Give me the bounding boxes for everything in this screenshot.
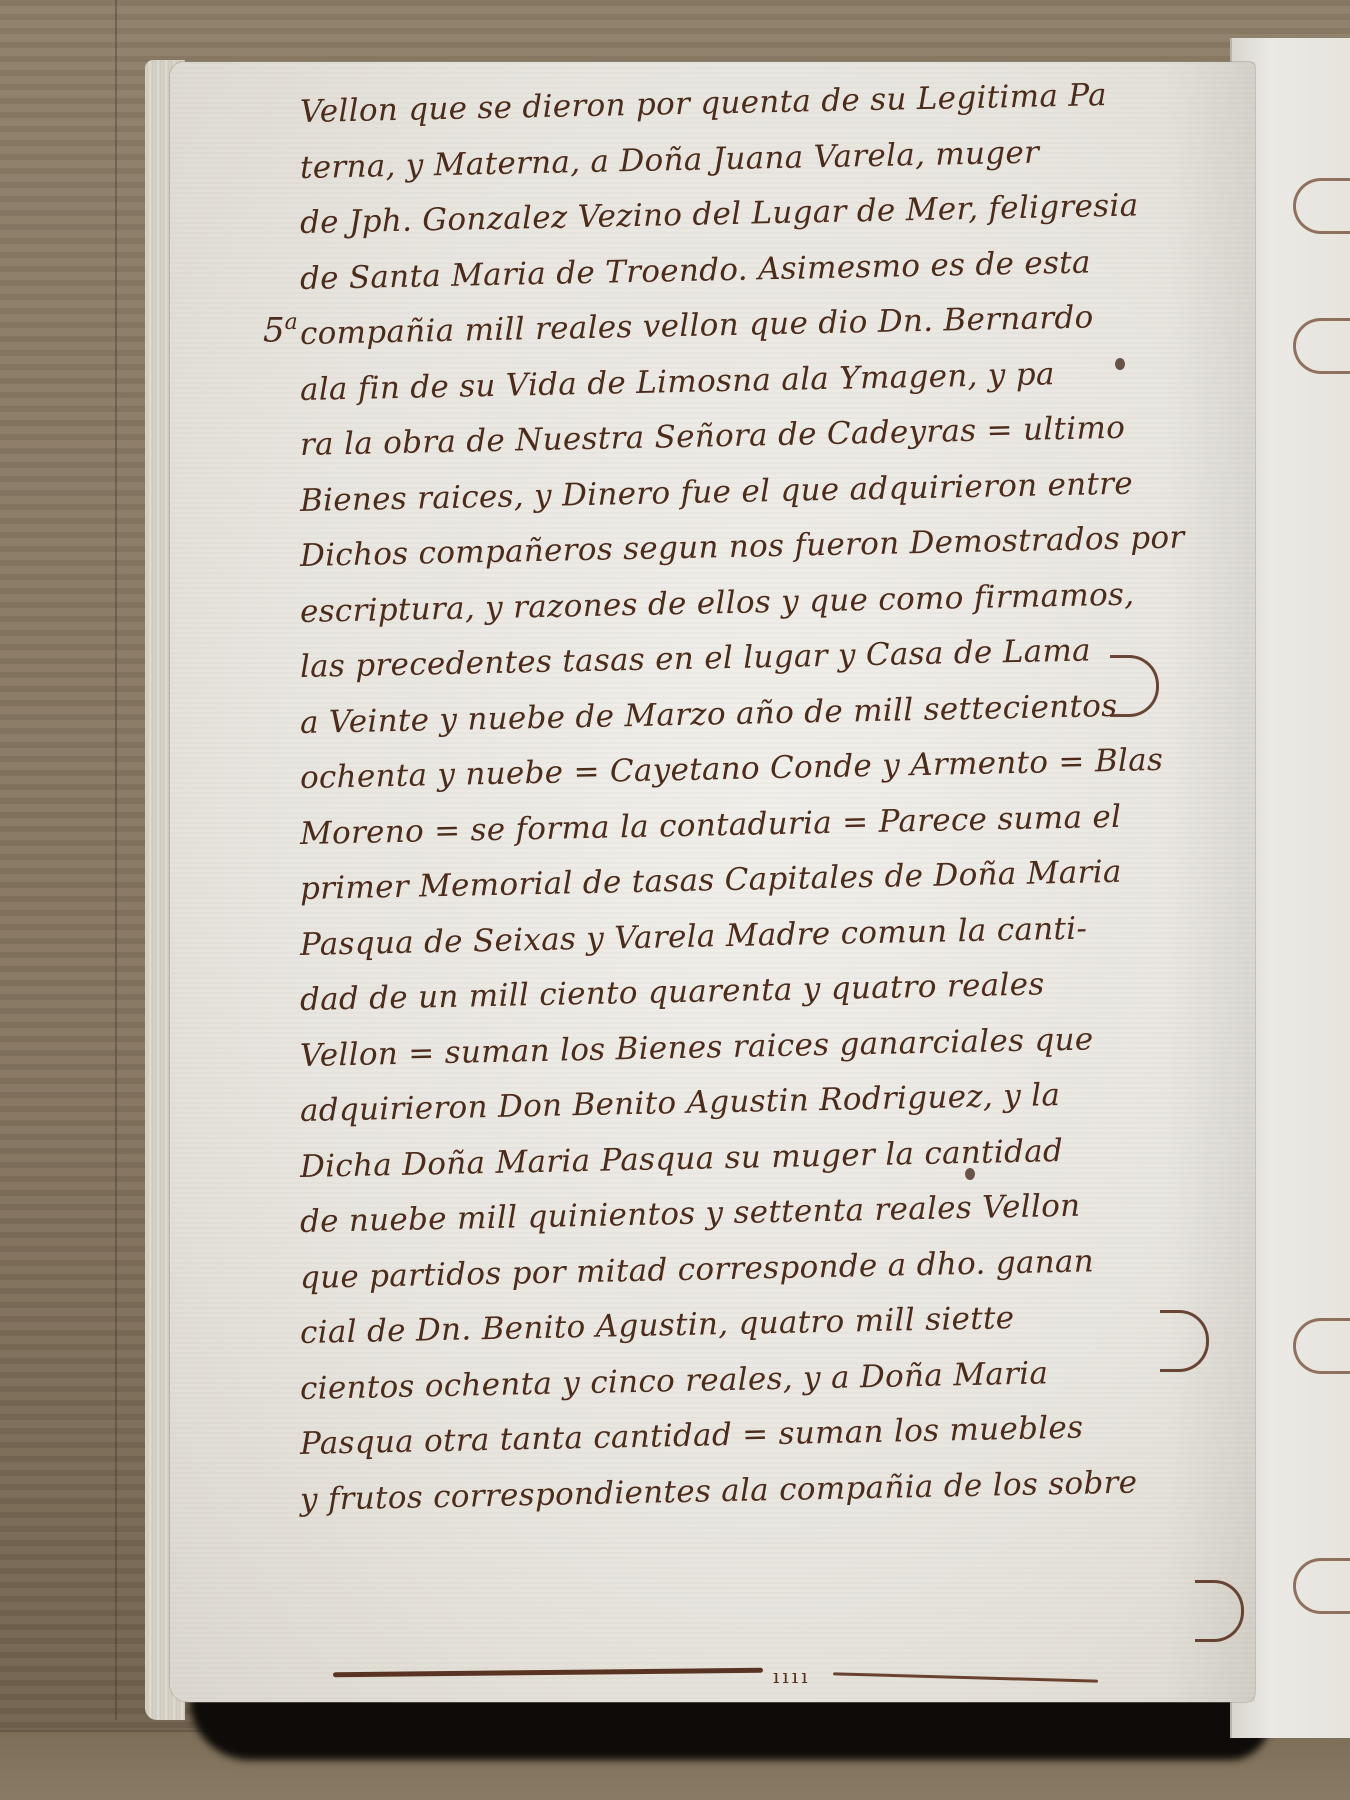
closing-rule-stroke-right	[833, 1672, 1098, 1682]
manuscript-text-block: Vellon que se dieron por quenta de su Le…	[300, 85, 1200, 1528]
closing-rule: ıııı	[333, 1664, 1098, 1684]
closing-rule-ticks: ıııı	[773, 1664, 811, 1688]
ink-blot	[965, 1168, 975, 1180]
facing-page-ink-flourish	[1293, 178, 1350, 234]
cardboard-seam	[115, 0, 117, 1720]
facing-page-ink-flourish	[1293, 318, 1350, 374]
margin-note-superscript: a	[285, 310, 298, 335]
facing-page-ink-flourish	[1293, 1318, 1350, 1374]
ink-blot	[1115, 358, 1125, 370]
margin-note-number: 5	[263, 310, 285, 350]
closing-rule-stroke-left	[333, 1668, 763, 1678]
margin-note: 5a	[263, 310, 298, 350]
facing-page-ink-flourish	[1293, 1558, 1350, 1614]
